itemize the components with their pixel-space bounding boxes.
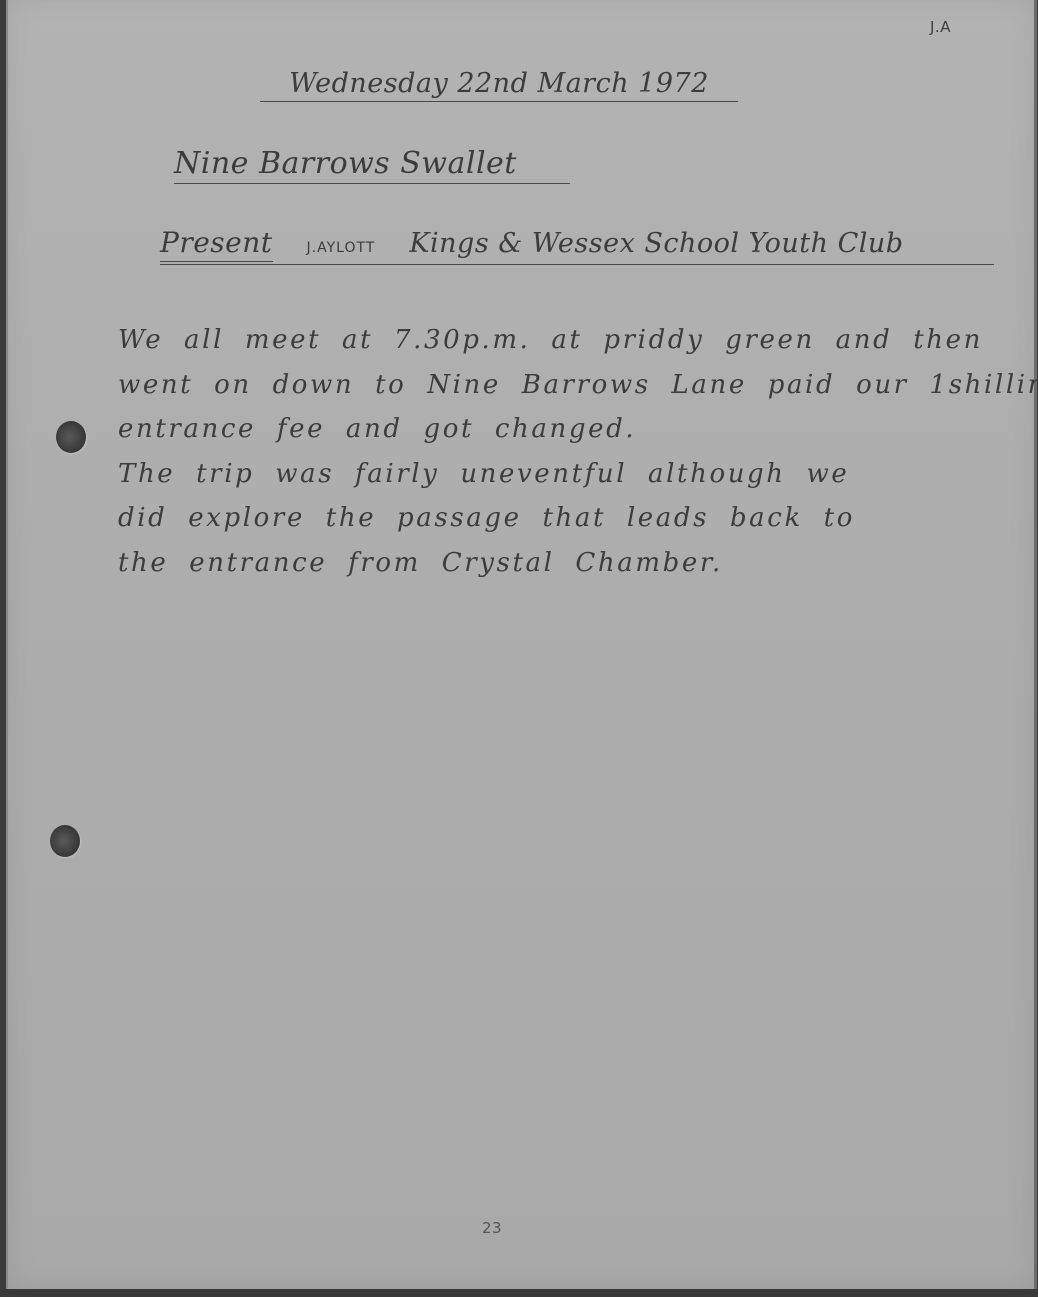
page-number: 23	[482, 1219, 502, 1237]
log-entry-body: We all meet at 7.30p.m. at priddy green …	[118, 318, 998, 585]
punch-hole-icon	[50, 825, 80, 857]
author-initials: J.A	[930, 18, 951, 36]
attendee-name: J.AYLOTT	[307, 240, 376, 256]
body-line: went on down to Nine Barrows Lane paid o…	[118, 363, 998, 408]
attendee-group: Kings & Wessex School Youth Club	[409, 228, 903, 259]
punch-hole-icon	[56, 421, 86, 453]
body-line: did explore the passage that leads back …	[118, 496, 998, 541]
scanned-page: J.A Wednesday 22nd March 1972 Nine Barro…	[6, 0, 1037, 1289]
body-line: the entrance from Crystal Chamber.	[118, 541, 998, 586]
body-line: entrance fee and got changed.	[118, 407, 998, 452]
present-label: Present	[160, 226, 273, 262]
body-line: We all meet at 7.30p.m. at priddy green …	[118, 318, 998, 363]
body-line: The trip was fairly uneventful although …	[118, 452, 998, 497]
attendees-line: Present J.AYLOTT Kings & Wessex School Y…	[160, 226, 994, 265]
cave-location-title: Nine Barrows Swallet	[174, 146, 570, 184]
entry-date: Wednesday 22nd March 1972	[260, 68, 738, 102]
